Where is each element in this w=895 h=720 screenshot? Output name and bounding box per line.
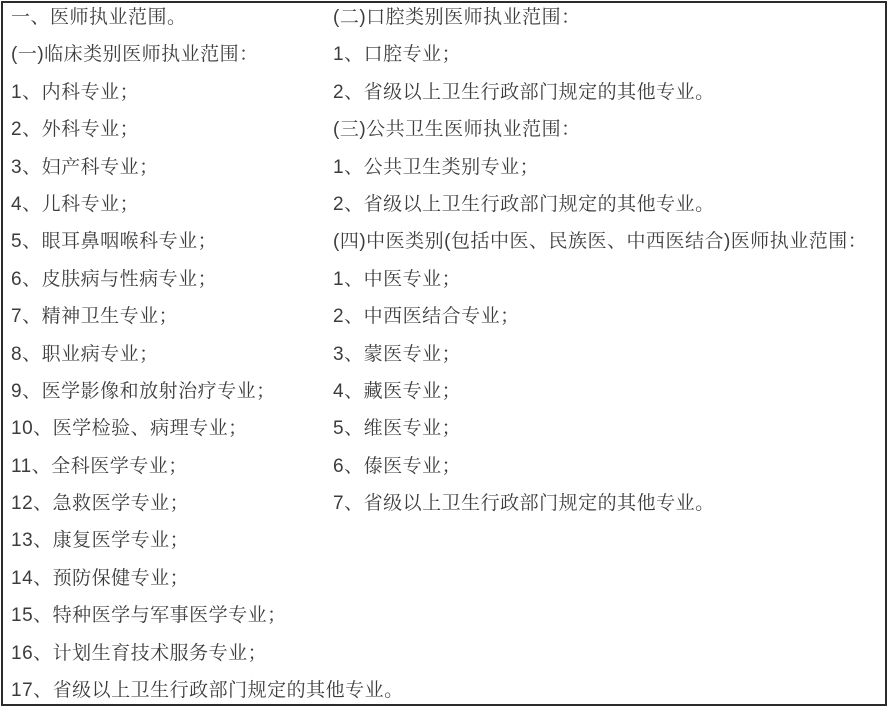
specialty-item-line: 14、预防保健专业；: [11, 560, 404, 597]
specialty-item-line: 1、口腔专业；: [333, 36, 867, 73]
specialty-item-line: 7、省级以上卫生行政部门规定的其他专业。: [333, 485, 867, 522]
specialty-item-line: 15、特种医学与军事医学专业；: [11, 597, 404, 634]
specialty-item-line: 3、蒙医专业；: [333, 336, 867, 373]
specialty-item-line: 1、公共卫生类别专业；: [333, 149, 867, 186]
specialty-item-line: 2、省级以上卫生行政部门规定的其他专业。: [333, 74, 867, 111]
specialty-item-line: 2、中西医结合专业；: [333, 298, 867, 335]
specialty-item-line: 5、维医专业；: [333, 410, 867, 447]
specialty-item-line: 16、计划生育技术服务专业；: [11, 635, 404, 672]
specialty-item-line: 6、傣医专业；: [333, 448, 867, 485]
document-frame: 一、医师执业范围。 (一)临床类别医师执业范围： 1、内科专业； 2、外科专业；…: [1, 1, 887, 706]
specialty-item-line: 1、中医专业；: [333, 261, 867, 298]
specialty-item-line: 17、省级以上卫生行政部门规定的其他专业。: [11, 672, 404, 706]
section-heading-public-health: (三)公共卫生医师执业范围：: [333, 111, 867, 148]
right-text-column: (二)口腔类别医师执业范围： 1、口腔专业； 2、省级以上卫生行政部门规定的其他…: [333, 1, 867, 522]
section-heading-dental: (二)口腔类别医师执业范围：: [333, 1, 867, 36]
specialty-item-line: 2、省级以上卫生行政部门规定的其他专业。: [333, 186, 867, 223]
specialty-item-line: 4、藏医专业；: [333, 373, 867, 410]
section-heading-tcm: (四)中医类别(包括中医、民族医、中西医结合)医师执业范围：: [333, 223, 867, 260]
specialty-item-line: 13、康复医学专业；: [11, 522, 404, 559]
